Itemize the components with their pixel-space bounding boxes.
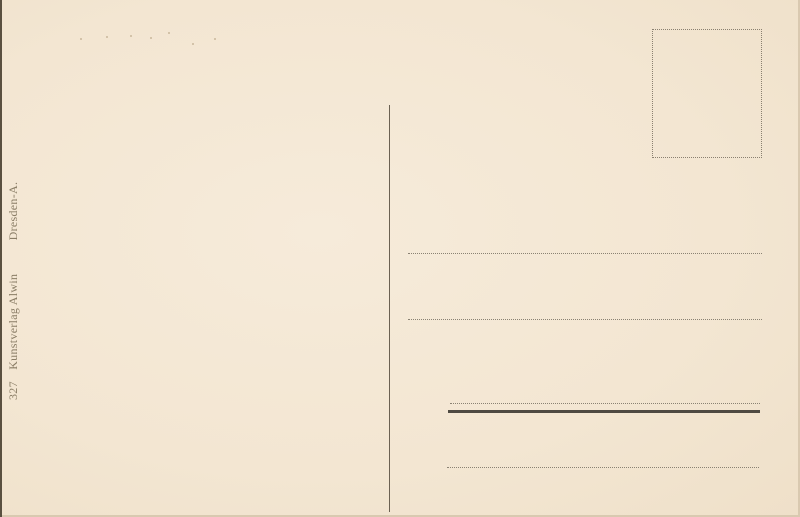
address-line-3 [450, 403, 760, 404]
publisher-name: Kunstverlag Alwin [6, 274, 20, 370]
paper-speck [150, 37, 152, 39]
paper-speck [106, 36, 108, 38]
address-line-4 [447, 467, 759, 468]
stamp-box [652, 29, 762, 158]
publisher-imprint: 327 Kunstverlag Alwin Dresden-A. [6, 174, 21, 400]
publisher-number: 327 [6, 381, 20, 400]
postcard-back: 327 Kunstverlag Alwin Dresden-A. [0, 0, 800, 517]
paper-speck [214, 38, 216, 40]
publisher-city: Dresden-A. [6, 182, 20, 241]
address-line-2 [408, 319, 762, 320]
center-divider-line [389, 105, 390, 512]
card-edge [0, 0, 2, 517]
paper-speck [168, 32, 170, 34]
paper-speck [192, 43, 194, 45]
address-line-1 [408, 253, 762, 254]
paper-speck [130, 35, 132, 37]
address-underline-bold [448, 410, 760, 413]
paper-speck [80, 38, 82, 40]
